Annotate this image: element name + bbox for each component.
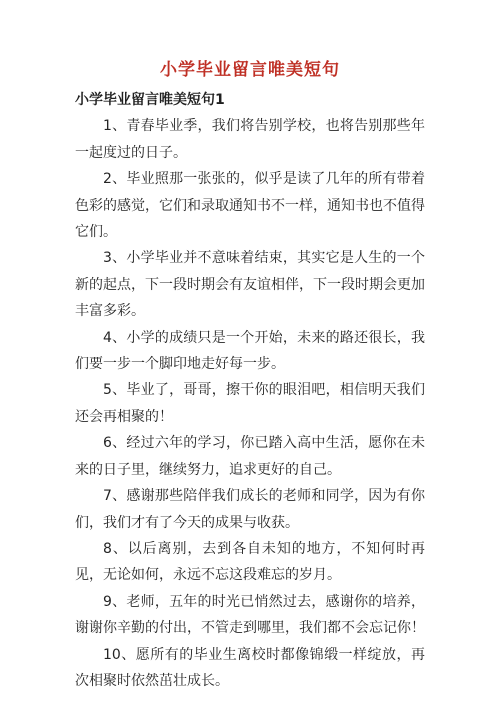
paragraph-3: 3、小学毕业并不意味着结束，其实它是人生的一个新的起点，下一段时期会有友谊相伴，… bbox=[75, 245, 425, 324]
paragraph-1: 1、青春毕业季，我们将告别学校，也将告别那些年一起度过的日子。 bbox=[75, 113, 425, 166]
paragraph-4: 4、小学的成绩只是一个开始，未来的路还很长，我们要一步一个脚印地走好每一步。 bbox=[75, 325, 425, 378]
document-body: 小学毕业留言唯美短句1 1、青春毕业季，我们将告别学校，也将告别那些年一起度过的… bbox=[75, 87, 425, 694]
section-subtitle: 小学毕业留言唯美短句1 bbox=[75, 87, 425, 113]
page-title: 小学毕业留言唯美短句 bbox=[0, 58, 500, 82]
document-page: 小学毕业留言唯美短句 小学毕业留言唯美短句1 1、青春毕业季，我们将告别学校，也… bbox=[0, 0, 500, 707]
paragraph-2: 2、毕业照那一张张的，似乎是读了几年的所有带着色彩的感觉，它们和录取通知书不一样… bbox=[75, 166, 425, 245]
paragraph-7: 7、感谢那些陪伴我们成长的老师和同学，因为有你们，我们才有了今天的成果与收获。 bbox=[75, 483, 425, 536]
paragraph-5: 5、毕业了，哥哥，擦干你的眼泪吧，相信明天我们还会再相聚的！ bbox=[75, 377, 425, 430]
paragraph-9: 9、老师，五年的时光已悄然过去，感谢你的培养，谢谢你辛勤的付出，不管走到哪里，我… bbox=[75, 589, 425, 642]
paragraph-8: 8、以后离别，去到各自未知的地方，不知何时再见，无论如何，永远不忘这段难忘的岁月… bbox=[75, 536, 425, 589]
paragraph-6: 6、经过六年的学习，你已踏入高中生活，愿你在未来的日子里，继续努力，追求更好的自… bbox=[75, 430, 425, 483]
paragraph-10: 10、愿所有的毕业生离校时都像锦缎一样绽放，再次相聚时依然茁壮成长。 bbox=[75, 642, 425, 695]
